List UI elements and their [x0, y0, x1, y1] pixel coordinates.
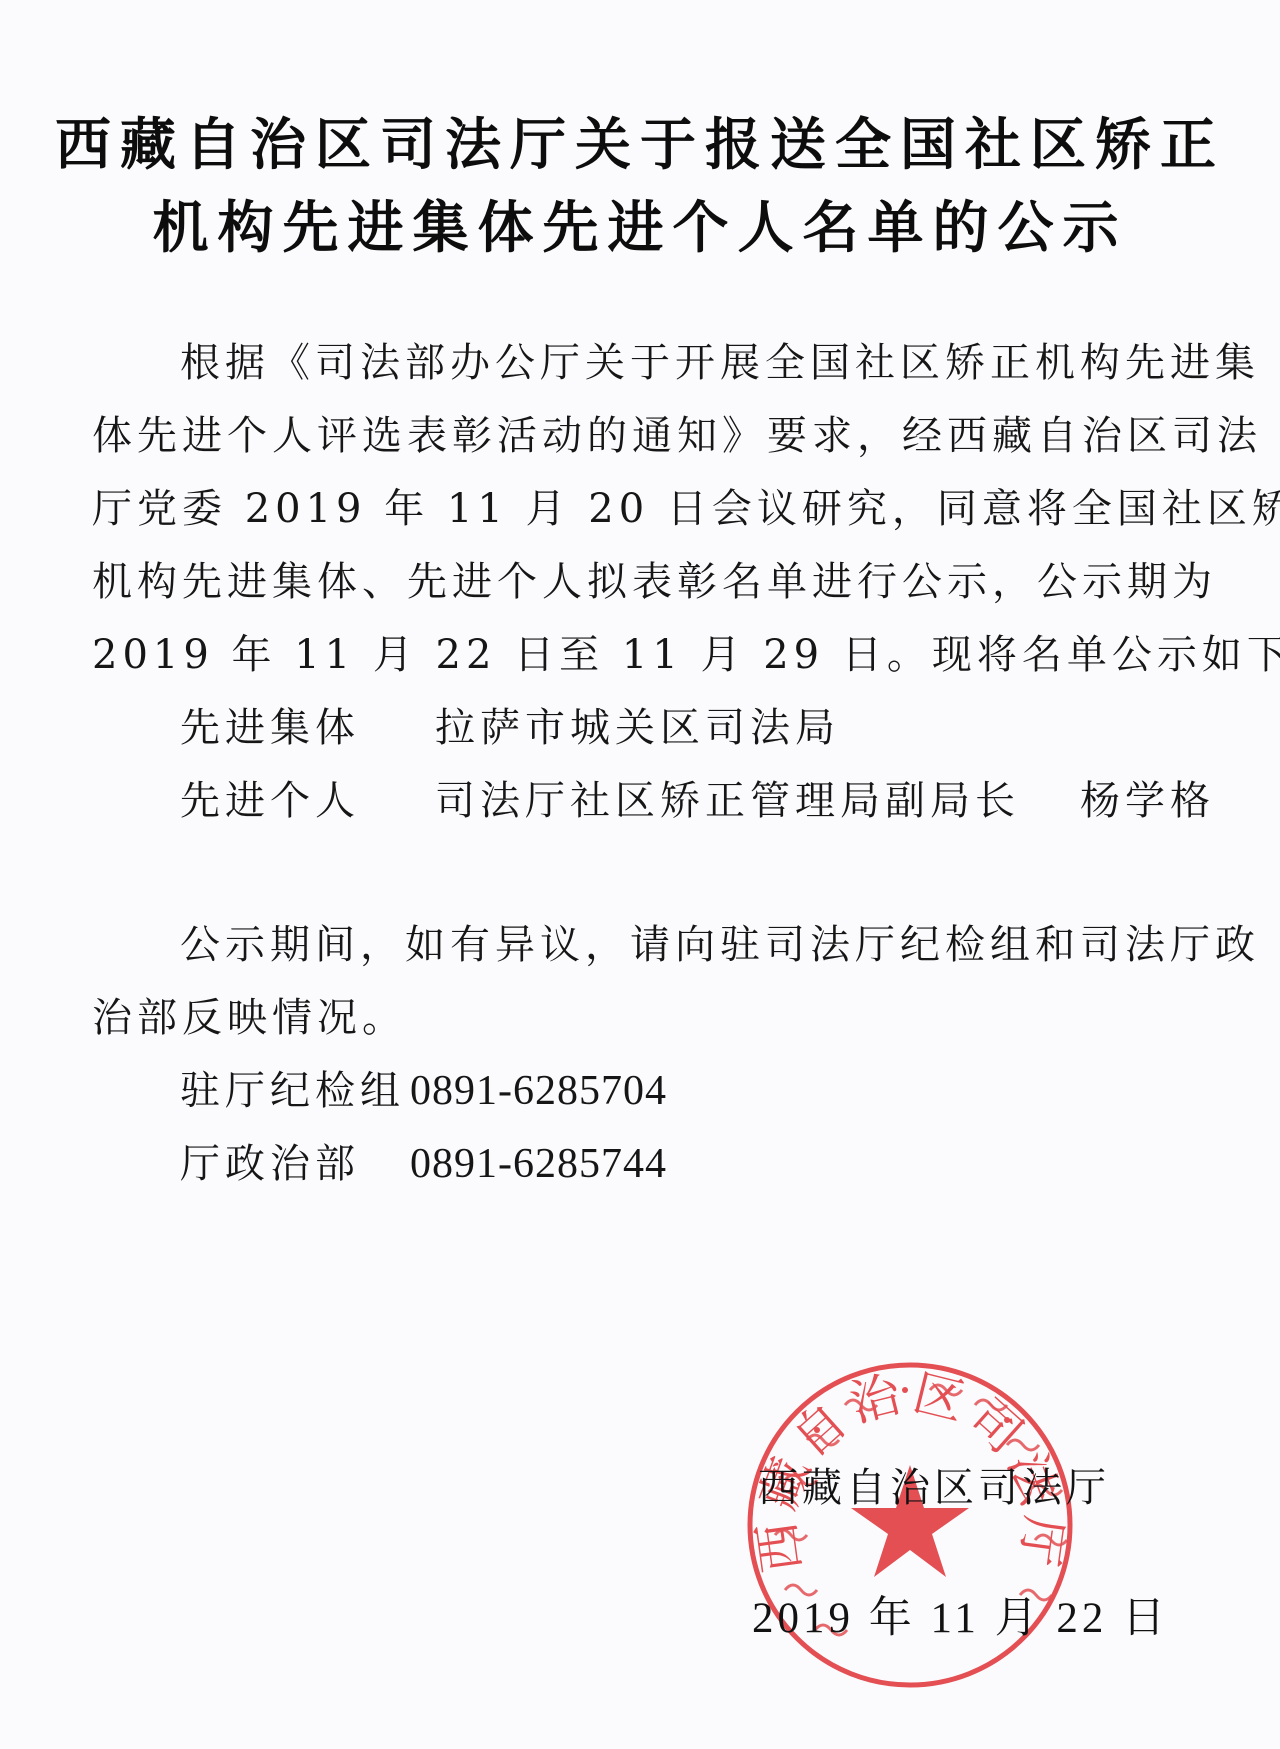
honoree-category: 先进集体: [180, 708, 435, 748]
objection-line-1: 公示期间，如有异议，请向驻司法厅纪检组和司法厅政: [180, 925, 1280, 965]
intro-line-2: 体先进个人评选表彰活动的通知》要求，经西藏自治区司法: [92, 416, 1192, 456]
objection-line-2: 治部反映情况。: [92, 998, 1192, 1038]
intro-line-5: 2019 年 11 月 22 日至 11 月 29 日。现将名单公示如下：: [92, 635, 1192, 675]
signing-organization: 西藏自治区司法厅: [758, 1468, 1110, 1508]
intro-line-3: 厅党委 2019 年 11 月 20 日会议研究，同意将全国社区矫正: [92, 489, 1192, 529]
notice-document: 西藏自治区司法厅关于报送全国社区矫正 机构先进集体先进个人名单的公示 根据《司法…: [0, 0, 1280, 1749]
signing-date: 2019 年 11 月 22 日: [752, 1597, 1169, 1640]
contact-row-political: 厅政治部0891-6285744: [180, 1143, 667, 1185]
contact-phone: 0891-6285744: [410, 1143, 667, 1185]
honoree-category: 先进个人: [180, 781, 435, 821]
contact-row-discipline: 驻厅纪检组0891-6285704: [180, 1070, 667, 1112]
honoree-value: 拉萨市城关区司法局: [435, 708, 840, 748]
contact-phone: 0891-6285704: [410, 1070, 667, 1112]
honoree-name: 杨学格: [1080, 781, 1215, 821]
document-title-line-2: 机构先进集体先进个人名单的公示: [0, 201, 1280, 257]
honoree-row-collective: 先进集体拉萨市城关区司法局: [180, 708, 840, 748]
honoree-value: 司法厅社区矫正管理局副局长: [435, 781, 1020, 821]
document-title-line-1: 西藏自治区司法厅关于报送全国社区矫正: [0, 118, 1280, 174]
contact-department: 厅政治部: [180, 1144, 410, 1184]
honoree-row-individual: 先进个人司法厅社区矫正管理局副局长杨学格: [180, 781, 1215, 821]
contact-department: 驻厅纪检组: [180, 1071, 410, 1111]
intro-line-4: 机构先进集体、先进个人拟表彰名单进行公示，公示期为: [92, 562, 1192, 602]
intro-line-1: 根据《司法部办公厅关于开展全国社区矫正机构先进集: [180, 343, 1280, 383]
